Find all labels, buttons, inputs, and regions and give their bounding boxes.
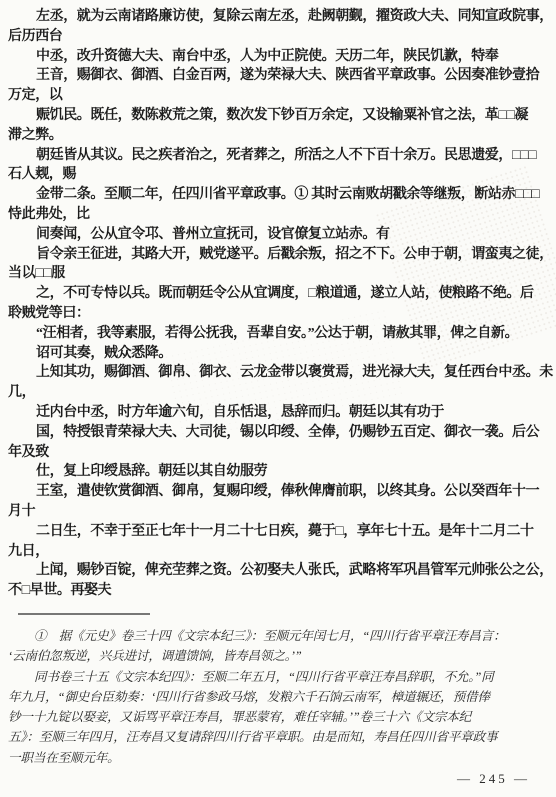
main-text-line: 朝廷皆从其议。民之疾者治之，死者葬之，所活之人不下百十余万。民思遗爱，□□□ xyxy=(8,146,548,166)
main-text-line: 间奏闻，公从宜令邛、普州立宣抚司，设官僚复立站赤。有 xyxy=(8,225,548,245)
main-text-line: 九日， xyxy=(8,542,548,562)
main-text-line: 中丞，改升资德大夫、南台中丞，人为中正院使。天历二年，陕民饥歉，特奉 xyxy=(8,47,548,67)
footnote-line: 同书卷三十五《文宗本纪四》：至顺二年五月，“四川行省平章汪寿昌辞职，不允。”同 xyxy=(8,667,548,687)
footnote-block: ① 据《元史》卷三十四《文宗本纪三》：至顺元年闰七月，“四川行省平章汪寿昌言：‘… xyxy=(8,626,548,768)
main-text-line: 之，不可专恃以兵。既而朝廷令公从宜调度，□粮道通，遂立人站，使粮路不绝。后 xyxy=(8,284,548,304)
footnote-line: 年九月，“御史台臣劾奏：‘四川行省参政马熔，发粮六千石饷云南军，樟道辗还，预借俸 xyxy=(8,687,548,707)
main-text-line: 二日生，不幸于至正七年十一月二十七日疾，薨于□，享年七十五。是年十二月二十 xyxy=(8,522,548,542)
page-number: — 245 — xyxy=(457,771,530,787)
main-text-line: 仕，复上印绶恳辞。朝廷以其自幼服劳 xyxy=(8,462,548,482)
footnote-line: 钞一十九锭以娶妾，又诟骂平章汪寿昌，罪恶蒙宥，难任宰辅。’”卷三十六《文宗本纪 xyxy=(8,707,548,727)
main-text-line: 滞之弊。 xyxy=(8,126,548,146)
main-text-line: 旨令亲王征进，其路大开，贼党遂平。后戳余叛，招之不下。公申于朝，谓蛮夷之徒， xyxy=(8,245,548,265)
main-text-line: 后历西台 xyxy=(8,27,548,47)
main-text-line: 石人觌，赐 xyxy=(8,165,548,185)
main-text-line: 赈饥民。既任，数陈救荒之策，数次发下钞百万余定，又设输粟补官之法，革□□凝 xyxy=(8,106,548,126)
book-page: 左丞，就为云南诸路廉访使，复除云南左丞，赴阙朝觐，擢资政大夫、同知宣政院事，后历… xyxy=(0,0,556,797)
main-text-block: 左丞，就为云南诸路廉访使，复除云南左丞，赴阙朝觐，擢资政大夫、同知宣政院事，后历… xyxy=(8,7,548,601)
main-text-line: 左丞，就为云南诸路廉访使，复除云南左丞，赴阙朝觐，擢资政大夫、同知宣政院事， xyxy=(8,7,548,27)
main-text-line: 不□早世。再娶夫 xyxy=(8,581,548,601)
main-text-line: 金带二条。至顺二年，任四川省平章政事。① 其时云南败胡戳余等继叛，断站赤□□□ xyxy=(8,185,548,205)
main-text-line: 恃此弗处，比 xyxy=(8,205,548,225)
footnote-line: ‘云南伯忽叛逆，兴兵进讨，调遣馈饷，皆寿昌领之。’” xyxy=(8,646,548,666)
main-text-line: “汪相者，我等素服，若得公抚我，吾辈自安。”公达于朝，请赦其罪，俾之自新。 xyxy=(8,324,548,344)
main-text-line: 月十 xyxy=(8,502,548,522)
footnote-line: 五》：至顺三年四月，汪寿昌又复请辞四川行省平章职。由是而知，寿昌任四川省平章政事 xyxy=(8,727,548,747)
footnote-line: ① 据《元史》卷三十四《文宗本纪三》：至顺元年闰七月，“四川行省平章汪寿昌言： xyxy=(8,626,548,646)
main-text-line: 国，特授银青荣禄大夫、大司徒，锡以印绶、全俸，仍赐钞五百定、御衣一袭。后公 xyxy=(8,423,548,443)
main-text-line: 几， xyxy=(8,383,548,403)
main-text-line: 上闻，赐钞百锭，俾充茔葬之资。公初娶夫人张氏，武略将军巩昌管军元帅张公之公， xyxy=(8,561,548,581)
main-text-line: 王音，赐御衣、御酒、白金百两，遂为荣禄大夫、陕西省平章政事。公因奏准钞壹拾 xyxy=(8,66,548,86)
footnote-separator xyxy=(18,613,150,615)
footnote-line: 一职当在至顺元年。 xyxy=(8,748,548,768)
main-text-line: 王室，遣使钦赏御酒、御帛，复赐印绶，俸秋俾膺前职，以终其身。公以癸酉年十一 xyxy=(8,482,548,502)
main-text-line: 诏可其奏，贼众悉降。 xyxy=(8,344,548,364)
main-text-line: 当以□□服 xyxy=(8,264,548,284)
main-text-line: 迁内台中丞，时方年逾六旬，自乐恬退，恳辞而归。朝廷以其有功于 xyxy=(8,403,548,423)
main-text-line: 上知其功，赐御酒、御帛、御衣、云龙金带以褒赏焉，进光禄大夫，复任西台中丞。未 xyxy=(8,363,548,383)
main-text-line: 万定，以 xyxy=(8,86,548,106)
main-text-line: 聆贼党等曰： xyxy=(8,304,548,324)
main-text-line: 年及致 xyxy=(8,443,548,463)
